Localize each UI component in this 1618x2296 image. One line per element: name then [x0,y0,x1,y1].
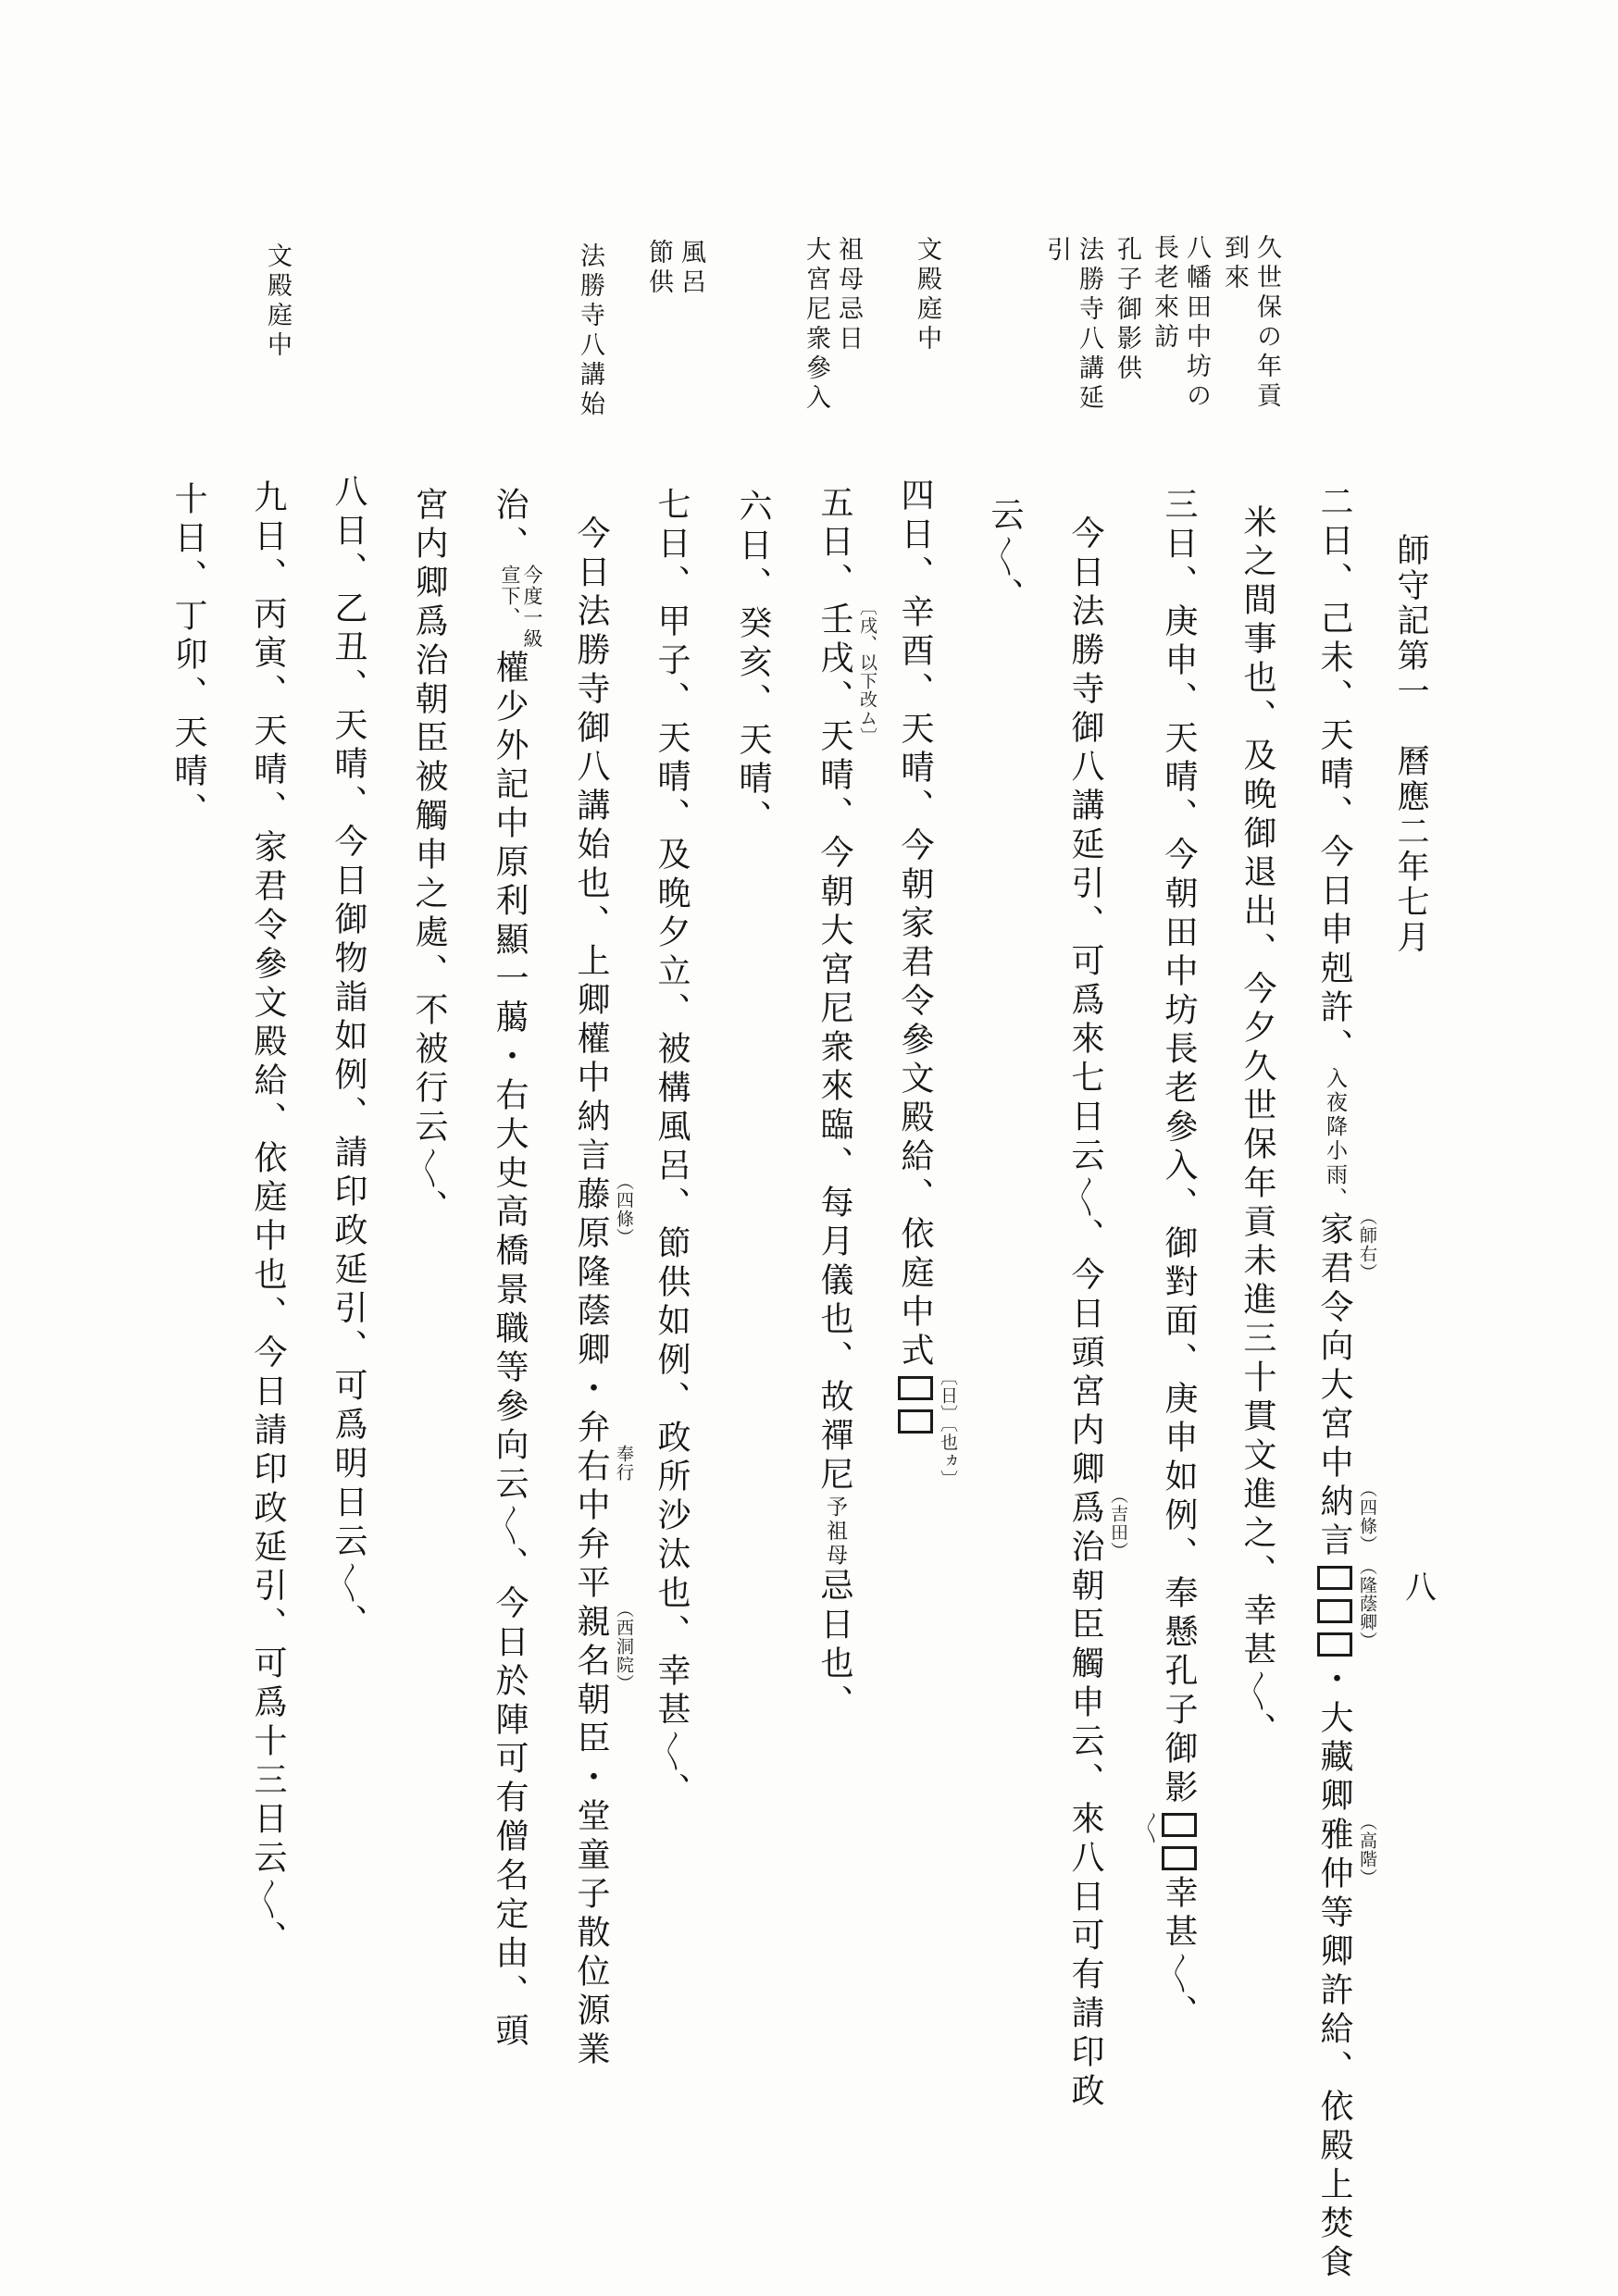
diary-text: 幸甚 [1161,1875,1198,1953]
book-page-scan: 師守記第一 曆應二年七月 八 久世保の年貢到來八幡田中坊の長老來訪孔子御影供法勝… [0,0,1618,2296]
diary-text: 治、 [492,487,529,565]
diary-text: 壬戌、天晴、今朝大宮尼衆來臨、每月儀也、故禪尼 [816,602,853,1496]
warichu-line: 今度一級 [521,565,543,650]
diary-text-column: 今日法勝寺御八講始也、上卿權中納言（四條）藤原隆蔭卿・弁奉行右中弁平（西洞院）親… [570,515,613,2070]
margin-note: 孔子御影供 [1111,236,1143,384]
margin-note-line: 到來 [1218,234,1251,412]
small-inline-note: 入夜降小雨、 [1324,1067,1347,1211]
diary-text: 、今日於陣可有僧名定由、頭 [492,1546,529,2052]
lacuna-box [1162,1846,1197,1870]
lacuna-box [1317,1566,1352,1590]
lacuna-box [898,1376,933,1400]
diary-text: 忌日也、 [816,1568,853,1723]
repeat-mark: 〳〵 [1075,1176,1098,1218]
interlinear-note: （高階） [1357,1813,1376,1887]
diary-text: 五日、 [816,485,853,602]
diary-text: 爲治朝臣觸申云、來八日可有請印政 [1067,1490,1104,2112]
diary-text: 、 [250,1920,287,1959]
interlinear-note: 〳〵 [1140,1812,1160,1844]
repeat-mark: 〳〵 [994,536,1017,577]
lacuna-box [1317,1632,1352,1657]
diary-text-column: 九日、丙寅、天晴、家君令參文殿給、依庭中也、今日請印政延引、可爲十三日云〳〵、 [247,479,290,1959]
repeat-mark: 〳〵 [499,1505,522,1546]
small-inline-note: 予祖母 [824,1496,847,1568]
margin-note-line: 風呂 [675,239,707,298]
interlinear-note: （四條） [1357,1480,1376,1554]
repeat-mark: 〳〵 [1168,1953,1191,1994]
margin-note: 文殿庭中 [911,236,943,354]
diary-text-column: 六日、癸亥、天晴、 [732,489,775,838]
diary-text-column: 七日、甲子、天晴、及晚夕立、被構風呂、節供如例、政所沙汰也、幸甚〳〵、 [651,487,693,1811]
margin-note: 祖母忌日大宮尼衆參入 [800,236,865,414]
diary-text: 米之間事也、及晚御退出、今夕久世保年貢未進三十貫文進之、幸甚 [1239,504,1276,1670]
diary-text: 九日、丙寅、天晴、家君令參文殿給、依庭中也、今日請印政延引、可爲十三日云 [250,479,287,1879]
margin-note-line: 文殿庭中 [911,236,943,354]
margin-note-line: 文殿庭中 [261,242,293,361]
diary-text: 今日法勝寺御八講延引、可爲來七日云 [1067,515,1104,1176]
diary-text-column: 四日、辛酉、天晴、今朝家君令參文殿給、依庭中式〔日〕〔也ヵ〕 [894,478,937,1438]
volume-header-column: 師守記第一 曆應二年七月 [1388,533,1433,955]
interlinear-note: 奉行 [614,1445,633,1482]
diary-text-column: 米之間事也、及晚御退出、今夕久世保年貢未進三十貫文進之、幸甚〳〵、 [1237,504,1279,1751]
margin-note-line: 孔子御影供 [1111,236,1143,384]
margin-note: 八幡田中坊の長老來訪 [1148,234,1213,412]
diary-text: 云 [987,497,1024,536]
diary-text: 藤原隆蔭卿・弁 [573,1176,610,1448]
lacuna-box [1162,1813,1197,1837]
margin-note-line: 祖母忌日 [832,236,865,414]
lacuna-box [898,1409,933,1433]
diary-text: 權少外記中原利顯一﨟・右大史高橋景職等參向云 [492,650,529,1505]
diary-text: 、 [1161,1994,1198,2033]
diary-text-column: 云〳〵、 [984,497,1027,616]
diary-text: 納言 [1316,1483,1353,1561]
diary-text-column: 二日、己未、天晴、今日申剋許、入夜降小雨、（師右）家君令向大宮中（四條）納言（隆… [1313,484,1356,2283]
diary-text-column: 十日、丁卯、天晴、 [168,481,210,831]
margin-note: 風呂節供 [642,239,707,298]
diary-text-column: 今日法勝寺御八講延引、可爲來七日云〳〵、今日頭宮内卿（吉田）爲治朝臣觸申云、來八… [1064,515,1107,2112]
diary-text: 親名朝臣・堂童子散位源業 [573,1604,610,2070]
diary-text: 、 [1239,1712,1276,1751]
diary-text: 七日、甲子、天晴、及晚夕立、被構風呂、節供如例、政所沙汰也、幸甚 [653,487,691,1731]
diary-text: 、 [987,577,1024,616]
margin-note-line: 法勝寺八講始 [574,242,606,420]
margin-note: 文殿庭中 [261,242,293,361]
diary-text: 家君令向大宮中 [1316,1211,1353,1483]
interlinear-note: （隆蔭卿） [1357,1558,1376,1650]
diary-text: ・大藏卿 [1316,1661,1353,1817]
warichu-note: 今度一級宣下、 [499,565,543,650]
diary-text: 三日、庚申、天晴、今朝田中坊長老參入、御對面、庚申如例、奉懸孔子御影 [1161,487,1198,1808]
diary-text: 雅仲等卿許給、依殿上焚食 [1316,1817,1353,2283]
diary-text-column: 五日、〔戌、以下改ム〕壬戌、天晴、今朝大宮尼衆來臨、每月儀也、故禪尼予祖母忌日也… [814,485,856,1723]
margin-note: 久世保の年貢到來 [1218,234,1283,412]
repeat-mark: 〳〵 [1247,1670,1270,1712]
margin-note-line: 大宮尼衆參入 [800,236,832,414]
warichu-line: 宣下、 [499,565,521,650]
diary-text: 宮内卿爲治朝臣被觸申之處、不被行云 [411,487,448,1148]
diary-text: 右中弁平 [573,1448,610,1604]
diary-text: 、今日頭宮内卿 [1067,1218,1104,1490]
margin-note: 法勝寺八講延引 [1040,236,1105,414]
diary-text: 十日、丁卯、天晴、 [170,481,207,831]
repeat-mark: 〳〵 [661,1731,684,1772]
diary-text-column: 宮内卿爲治朝臣被觸申之處、不被行云〳〵、 [408,487,451,1228]
repeat-mark: 〳〵 [338,1562,361,1604]
diary-text: 六日、癸亥、天晴、 [735,489,772,838]
page-number: 八 [1405,1562,1437,1607]
diary-text: 四日、辛酉、天晴、今朝家君令參文殿給、依庭中式 [897,478,934,1371]
interlinear-note: （四條） [614,1173,633,1247]
diary-text: 八日、乙丑、天晴、今日御物詣如例、請印政延引、可爲明日云 [330,474,367,1562]
margin-note-line: 引 [1040,236,1073,414]
diary-text: 、 [411,1189,448,1228]
margin-note-line: 八幡田中坊の [1180,234,1213,412]
interlinear-note: （西洞院） [614,1600,633,1693]
margin-note-line: 久世保の年貢 [1251,234,1283,412]
diary-text: 今日法勝寺御八講始也、上卿權中納言 [573,515,610,1176]
repeat-mark: 〳〵 [418,1148,442,1189]
diary-text: 、 [653,1772,691,1811]
diary-text-column: 八日、乙丑、天晴、今日御物詣如例、請印政延引、可爲明日云〳〵、 [328,474,370,1643]
diary-text-column: 治、今度一級宣下、權少外記中原利顯一﨟・右大史高橋景職等參向云〳〵、今日於陣可有… [489,487,543,2052]
interlinear-note: （吉田） [1108,1486,1127,1560]
diary-text: 、 [330,1604,367,1643]
margin-note-line: 長老來訪 [1148,234,1180,412]
margin-note-line: 法勝寺八講延 [1073,236,1105,414]
interlinear-note: 〔戌、以下改ム〕 [857,598,877,746]
interlinear-note: 〔日〕〔也ヵ〕 [938,1368,957,1489]
diary-text: 二日、己未、天晴、今日申剋許、 [1316,484,1353,1067]
margin-note: 法勝寺八講始 [574,242,606,420]
lacuna-box [1317,1599,1352,1623]
diary-text-column: 三日、庚申、天晴、今朝田中坊長老參入、御對面、庚申如例、奉懸孔子御影〳〵幸甚〳〵… [1158,487,1201,2033]
margin-note-line: 節供 [642,239,675,298]
interlinear-note: （師右） [1357,1208,1376,1282]
repeat-mark: 〳〵 [257,1879,280,1920]
